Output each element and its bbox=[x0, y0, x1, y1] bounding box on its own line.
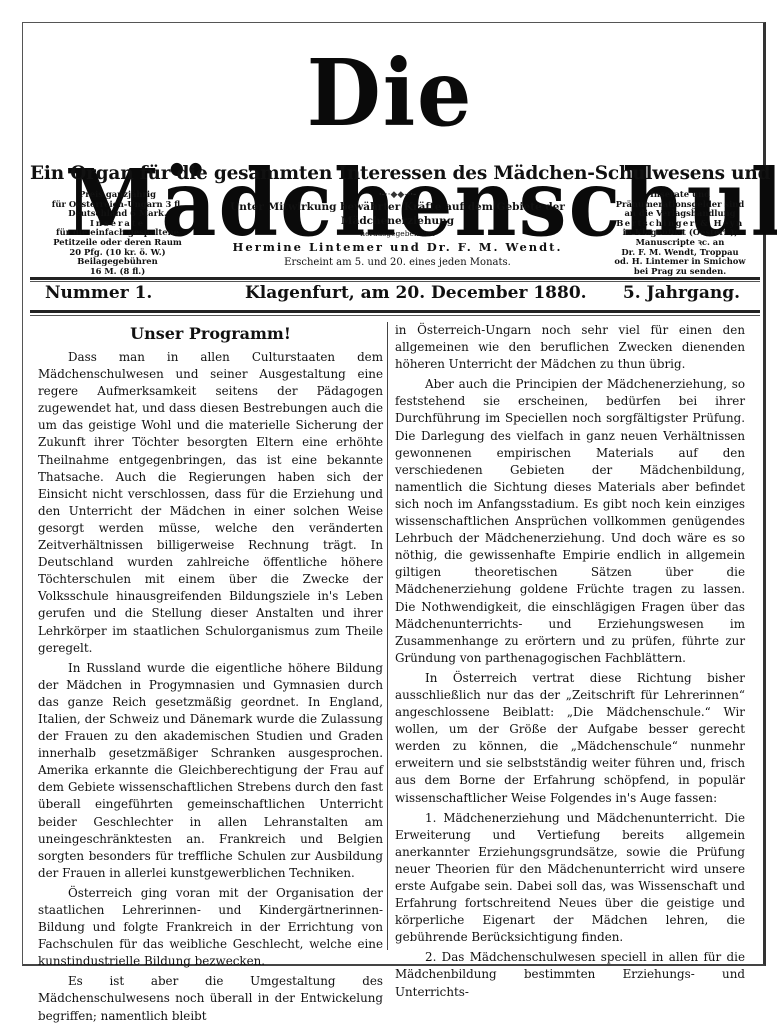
ornament-divider: ·-··◆◆-··- bbox=[195, 190, 600, 200]
place-and-date: Klagenfurt, am 20. December 1880. bbox=[245, 283, 587, 303]
issue-number: Nummer 1. bbox=[45, 283, 152, 303]
masthead-subtitle: Ein Organ für die gesammten Interessen d… bbox=[30, 163, 760, 184]
paragraph: Österreich ging voran mit der Organisati… bbox=[38, 885, 383, 970]
paragraph: Dass man in allen Culturstaaten dem Mädc… bbox=[38, 349, 383, 657]
info-line: bei Prag zu senden. bbox=[600, 267, 760, 277]
paragraph: In Russland wurde die eigentliche höhere… bbox=[38, 660, 383, 882]
paragraph: In Österreich vertrat diese Richtung bis… bbox=[395, 670, 745, 807]
dateline: Nummer 1. Klagenfurt, am 20. December 18… bbox=[40, 283, 740, 307]
submission-info: Inserate und Pränumerationsgelder sind a… bbox=[600, 190, 760, 276]
editors-intro: herausgegeben von bbox=[195, 228, 600, 239]
article-title: Unser Programm! bbox=[38, 322, 383, 346]
volume-year: 5. Jahrgang. bbox=[623, 283, 740, 303]
dateline-rule bbox=[30, 310, 760, 313]
article-column-right: in Österreich-Ungarn noch sehr viel für … bbox=[395, 322, 745, 1004]
publication-schedule: Erscheint am 5. und 20. eines jeden Mona… bbox=[195, 256, 600, 270]
paragraph: Aber auch die Principien der Mädchenerzi… bbox=[395, 376, 745, 667]
editors-names: Hermine Lintemer und Dr. F. M. Wendt. bbox=[195, 239, 600, 256]
paragraph: 1. Mädchenerziehung und Mädchenunterrich… bbox=[395, 810, 745, 947]
paragraph: in Österreich-Ungarn noch sehr viel für … bbox=[395, 322, 745, 373]
paragraph: 2. Das Mädchenschulwesen speciell in all… bbox=[395, 949, 745, 1000]
article-column-left: Unser Programm! Dass man in allen Cultur… bbox=[38, 322, 383, 1028]
editorial-info: ·-··◆◆-··- Unter Mitwirkung bewährter Kr… bbox=[195, 190, 600, 270]
collaboration-line: Unter Mitwirkung bewährter Kräfte auf de… bbox=[195, 200, 600, 228]
subscription-prices: Preis ganzjährig für Oesterreich-Ungarn … bbox=[40, 190, 195, 276]
paragraph: Es ist aber die Umgestaltung des Mädchen… bbox=[38, 973, 383, 1024]
dateline-rule-thin bbox=[30, 315, 760, 316]
header-rule-thin bbox=[30, 281, 760, 282]
header-rule bbox=[30, 277, 760, 280]
column-divider bbox=[387, 322, 388, 950]
info-line: 16 M. (8 fl.) bbox=[40, 267, 195, 277]
